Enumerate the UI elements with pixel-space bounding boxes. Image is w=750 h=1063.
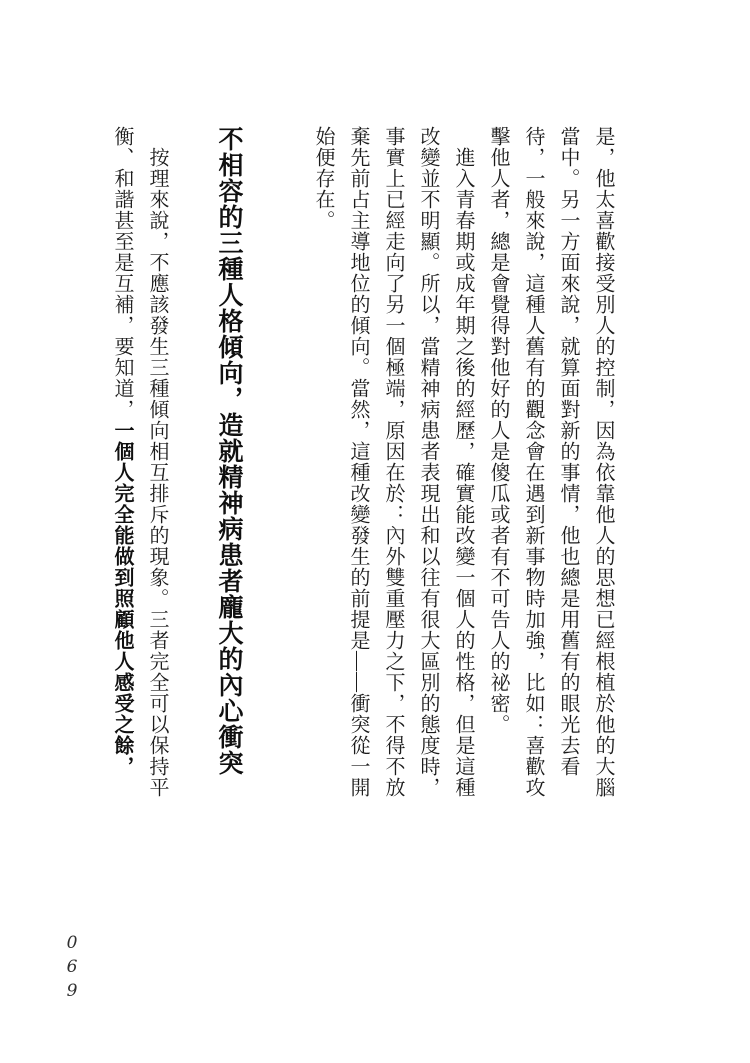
body-paragraph: 進入青春期或成年期之後的經歷，確實能改變一個人的性格，但是這種改變並不明顯。所以…	[305, 126, 480, 800]
body-paragraph-continuation: 是，他太喜歡接受別人的控制，因為依靠他人的思想已經根植於他的大腦當中。另一方面來…	[480, 126, 620, 800]
page-number: 069	[62, 933, 82, 1005]
book-page: 是，他太喜歡接受別人的控制，因為依靠他人的思想已經根植於他的大腦當中。另一方面來…	[0, 0, 750, 1063]
paragraph-emphasis-text: 一個人完全能做到照顧他人感受之餘，	[111, 420, 133, 777]
page-text-block: 是，他太喜歡接受別人的控制，因為依靠他人的思想已經根植於他的大腦當中。另一方面來…	[104, 126, 620, 800]
body-paragraph-with-emphasis: 按理來說，不應該發生三種傾向相互排斥的現象。三者完全可以保持平衡、和諧甚至是互補…	[104, 126, 174, 800]
section-heading: 不相容的三種人格傾向，造就精神病患者龐大的內心衝突	[208, 126, 250, 800]
